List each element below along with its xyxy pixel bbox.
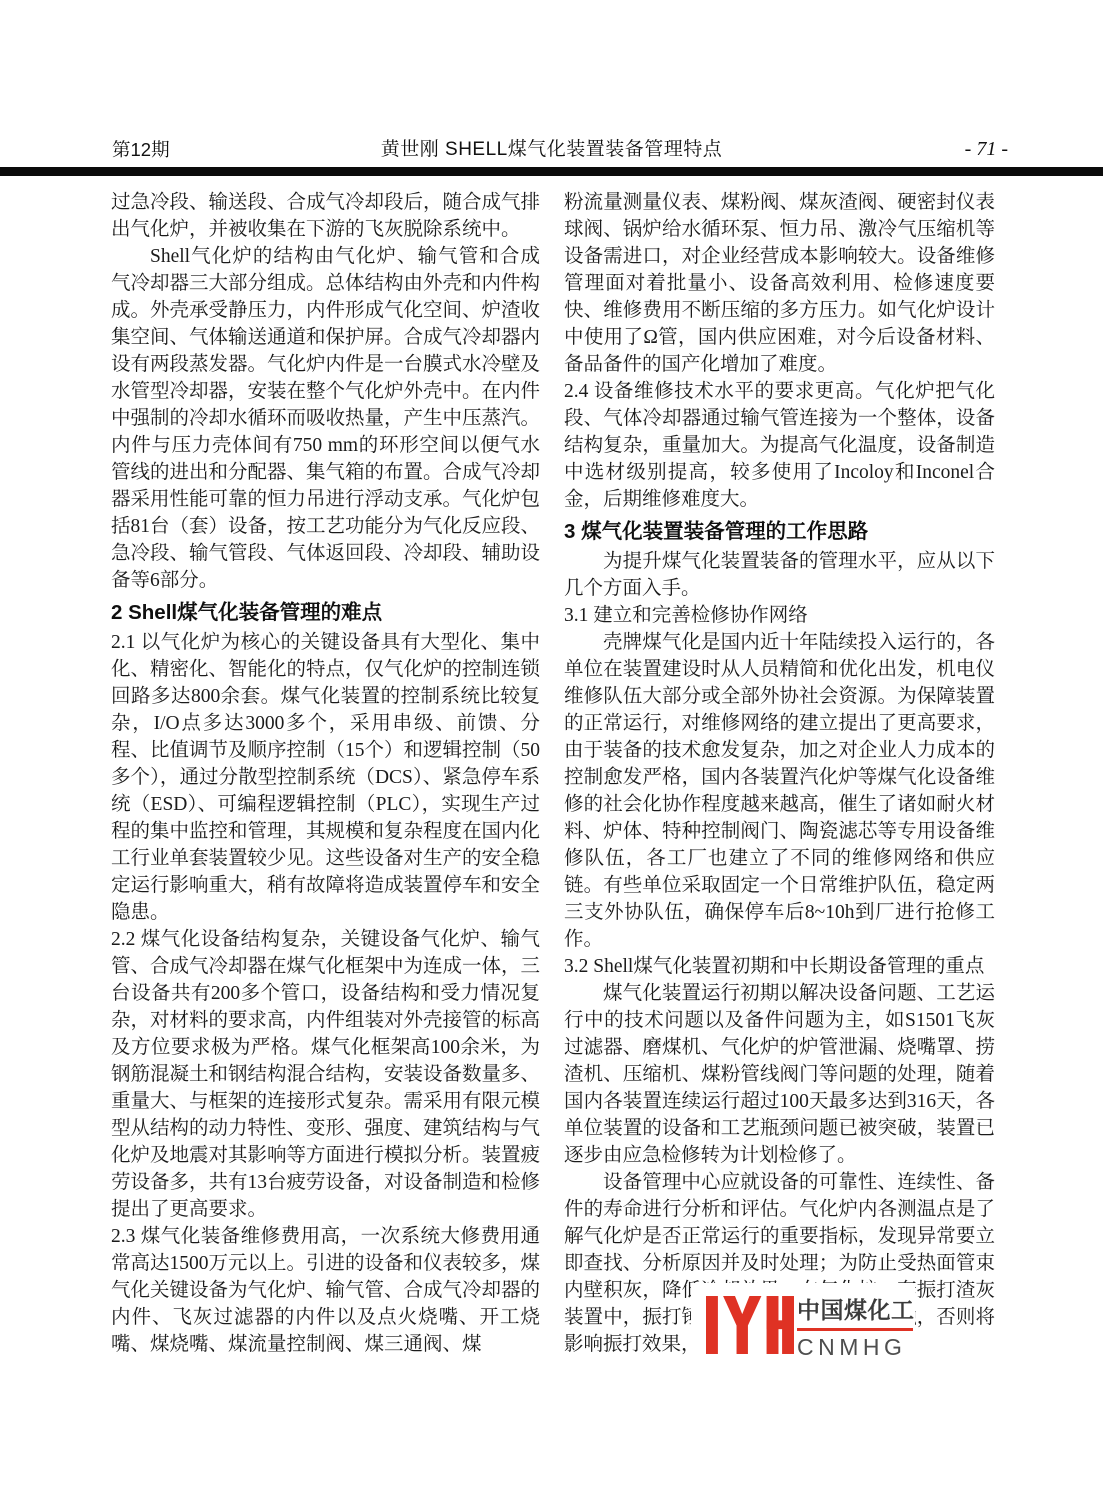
paragraph-continuation-top: 过急冷段、输送段、合成气冷却段后，随合成气排出气化炉，并被收集在下游的飞灰脱除系… — [111, 189, 540, 243]
running-head-article-title: 黄世刚 SHELL煤气化装置装备管理特点 — [0, 138, 1103, 162]
section-heading-2: 2 Shell煤气化装备管理的难点 — [111, 599, 540, 626]
paragraph-shell-structure: Shell气化炉的结构由气化炉、输气管和合成气冷却器三大部分组成。总体结构由外壳… — [111, 243, 540, 594]
section-heading-3: 3 煤气化装置装备管理的工作思路 — [564, 518, 995, 545]
subsection-heading-3-1: 3.1 建立和完善检修协作网络 — [564, 602, 995, 629]
right-text-column: 粉流量测量仪表、煤粉阀、煤灰渣阀、硬密封仪表球阀、锅炉给水循环泵、恒力吊、激冷气… — [564, 189, 995, 1358]
page-number: - 71 - — [965, 137, 1008, 161]
paragraph-3-2a: 煤气化装置运行初期以解决设备问题、工艺运行中的技术问题以及备件问题为主，如S15… — [564, 980, 995, 1169]
paragraph-2-2: 2.2 煤气化设备结构复杂，关键设备气化炉、输气管、合成气冷却器在煤气化框架中为… — [111, 926, 540, 1223]
watermark-red-underline — [797, 1328, 913, 1331]
paragraph-2-3-continuation: 粉流量测量仪表、煤粉阀、煤灰渣阀、硬密封仪表球阀、锅炉给水循环泵、恒力吊、激冷气… — [564, 189, 995, 378]
paragraph-3-intro: 为提升煤气化装置装备的管理水平，应从以下几个方面入手。 — [564, 548, 995, 602]
left-text-column: 过急冷段、输送段、合成气冷却段后，随合成气排出气化炉，并被收集在下游的飞灰脱除系… — [111, 189, 540, 1358]
header-divider-rule — [0, 167, 1103, 176]
subsection-heading-3-2: 3.2 Shell煤气化装置初期和中长期设备管理的重点 — [564, 953, 995, 980]
paragraph-2-1: 2.1 以气化炉为核心的关键设备具有大型化、集中化、精密化、智能化的特点，仅气化… — [111, 629, 540, 926]
paragraph-2-3: 2.3 煤气化装备维修费用高，一次系统大修费用通常高达1500万元以上。引进的设… — [111, 1223, 540, 1358]
paragraph-2-4: 2.4 设备维修技术水平的要求更高。气化炉把气化段、气体冷却器通过输气管连接为一… — [564, 378, 995, 513]
watermark-brand-name: 中国煤化工 — [797, 1297, 915, 1324]
paragraph-3-1: 壳牌煤气化是国内近十年陆续投入运行的，各单位在装置建设时从人员精简和优化出发，机… — [564, 629, 995, 953]
journal-page: 第12期 黄世刚 SHELL煤气化装置装备管理特点 - 71 - 过急冷段、输送… — [0, 0, 1103, 1485]
coal-chem-watermark: 中国煤化工 CNMHG — [691, 1283, 915, 1378]
watermark-abbreviation: CNMHG — [797, 1334, 906, 1361]
coal-chem-monogram-icon — [706, 1296, 794, 1354]
